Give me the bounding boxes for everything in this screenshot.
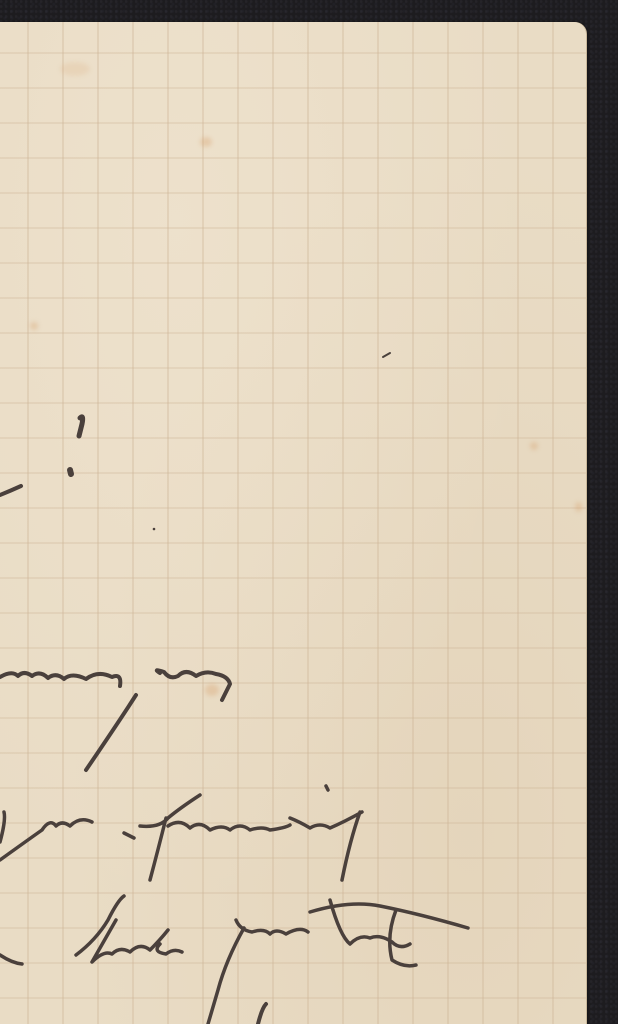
handwriting-line-3 [0, 896, 468, 1024]
ink-mark [79, 417, 83, 436]
ink-mark [0, 486, 21, 495]
handwriting-line-1 [0, 670, 230, 770]
ink-mark [383, 353, 390, 357]
ink-mark [70, 470, 71, 474]
handwriting-line-2 [0, 786, 362, 880]
handwriting-line-4 [258, 1004, 266, 1024]
handwriting [0, 0, 618, 1024]
